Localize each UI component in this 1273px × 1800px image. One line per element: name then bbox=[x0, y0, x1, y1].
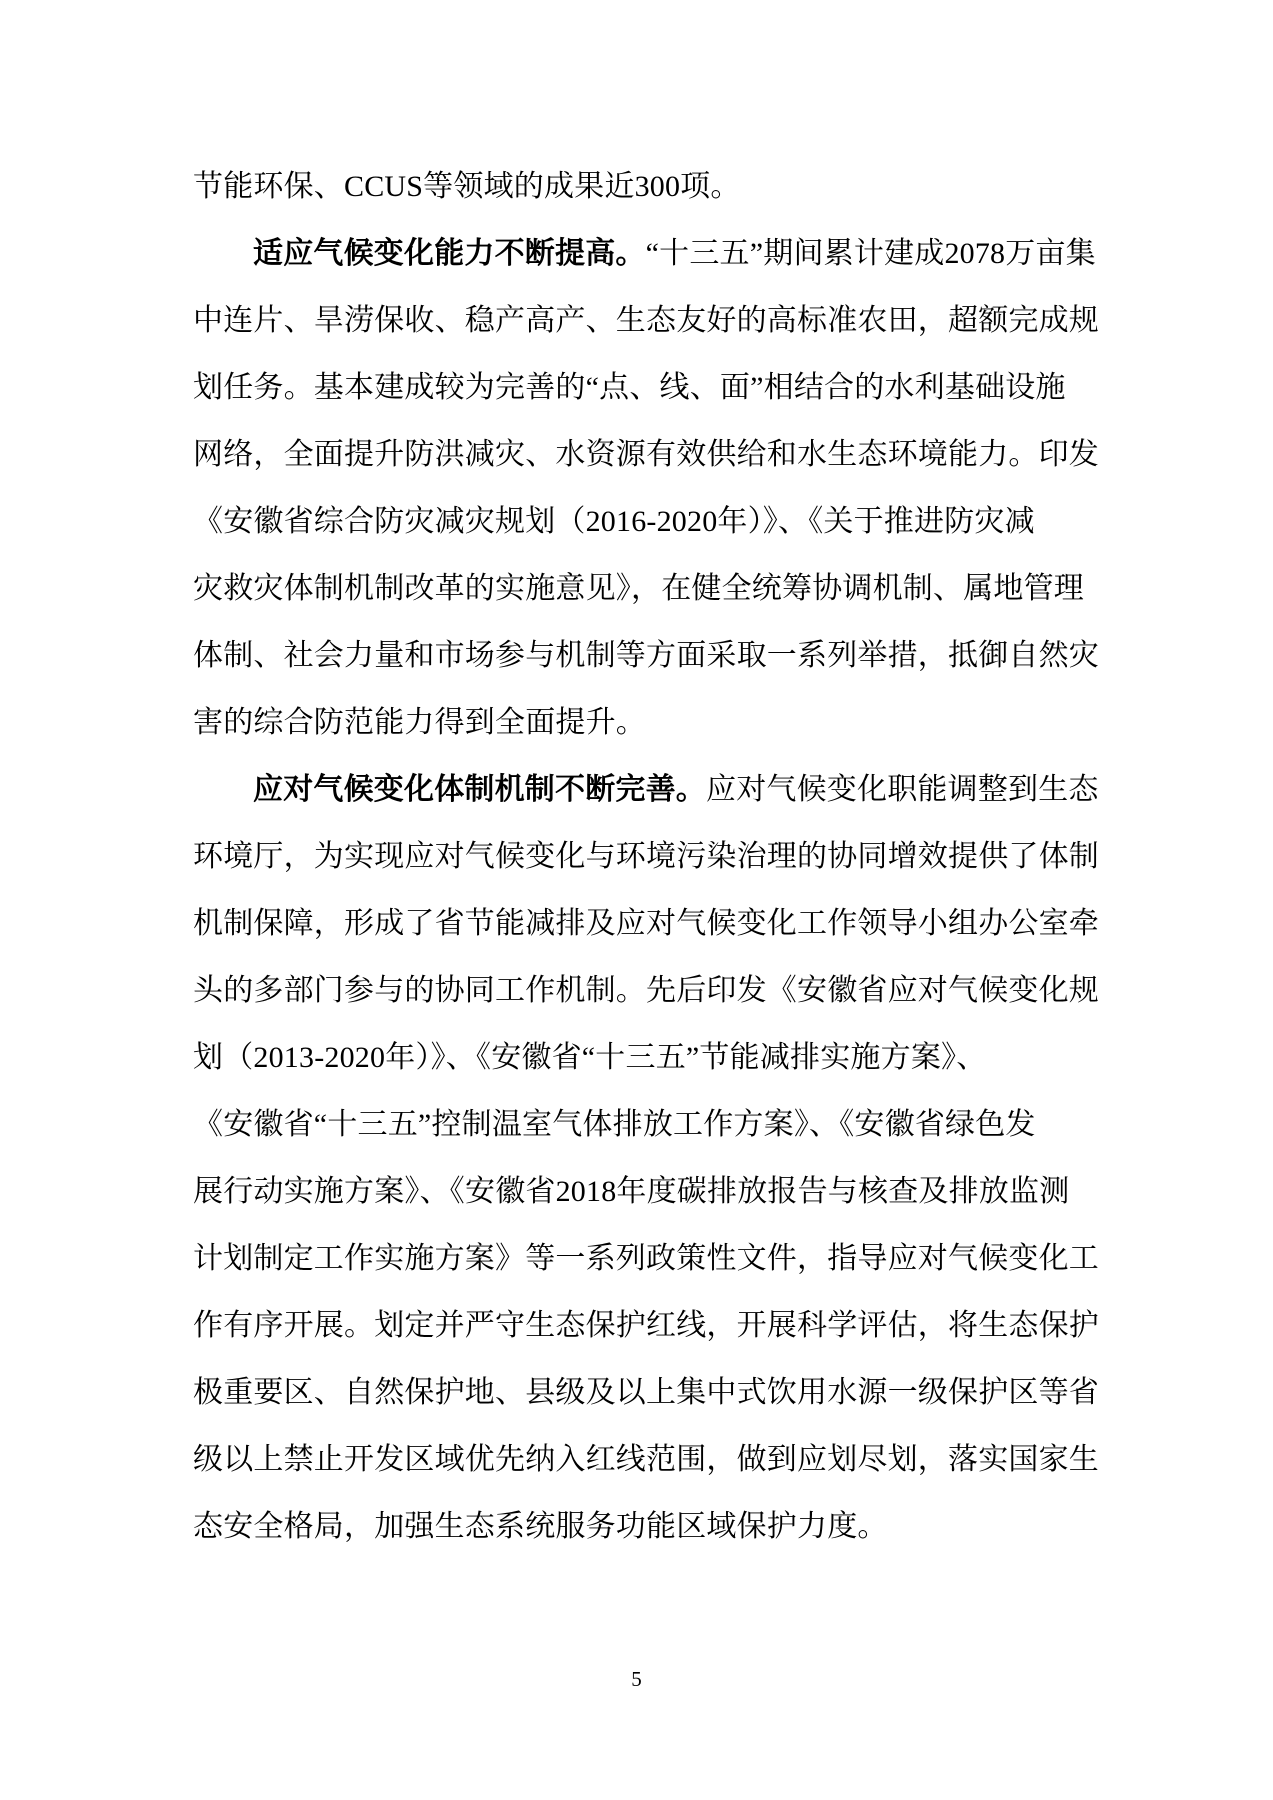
paragraph-text: 极重要区、自然保护地、县级及以上集中式饮用水源一级保护区等省 bbox=[193, 1376, 1099, 1409]
text-line: 《安徽省“十三五”控制温室气体排放工作方案》、《安徽省绿色发 bbox=[193, 1091, 1098, 1158]
text-line: 极重要区、自然保护地、县级及以上集中式饮用水源一级保护区等省 bbox=[193, 1359, 1098, 1426]
paragraph-text: 《安徽省综合防灾减灾规划（2016-2020年）》、《关于推进防灾减 bbox=[193, 505, 1035, 538]
text-line: 灾救灾体制机制改革的实施意见》，在健全统筹协调机制、属地管理 bbox=[193, 555, 1098, 622]
page-number: 5 bbox=[0, 1666, 1273, 1692]
text-line: 网络，全面提升防洪减灾、水资源有效供给和水生态环境能力。印发 bbox=[193, 421, 1098, 488]
paragraph-text: 计划制定工作实施方案》等一系列政策性文件，指导应对气候变化工 bbox=[193, 1242, 1099, 1275]
paragraph-text: 节能环保、CCUS等领域的成果近300项。 bbox=[193, 170, 741, 203]
text-line: 节能环保、CCUS等领域的成果近300项。 bbox=[193, 153, 1098, 220]
text-line: 应对气候变化体制机制不断完善。应对气候变化职能调整到生态 bbox=[193, 756, 1098, 823]
text-line: 计划制定工作实施方案》等一系列政策性文件，指导应对气候变化工 bbox=[193, 1225, 1098, 1292]
text-line: 级以上禁止开发区域优先纳入红线范围，做到应划尽划，落实国家生 bbox=[193, 1426, 1098, 1493]
text-line: 中连片、旱涝保收、稳产高产、生态友好的高标准农田，超额完成规 bbox=[193, 287, 1098, 354]
text-line: 害的综合防范能力得到全面提升。 bbox=[193, 689, 1098, 756]
paragraph-text: 展行动实施方案》、《安徽省2018年度碳排放报告与核查及排放监测 bbox=[193, 1175, 1069, 1208]
paragraph-text: 机制保障，形成了省节能减排及应对气候变化工作领导小组办公室牵 bbox=[193, 907, 1099, 940]
paragraph-text: 作有序开展。划定并严守生态保护红线，开展科学评估，将生态保护 bbox=[193, 1309, 1099, 1342]
paragraph-text: 级以上禁止开发区域优先纳入红线范围，做到应划尽划，落实国家生 bbox=[193, 1443, 1099, 1476]
document-page: 节能环保、CCUS等领域的成果近300项。适应气候变化能力不断提高。“十三五”期… bbox=[0, 0, 1273, 1800]
paragraph-text: 中连片、旱涝保收、稳产高产、生态友好的高标准农田，超额完成规 bbox=[193, 304, 1099, 337]
paragraph-text: 体制、社会力量和市场参与机制等方面采取一系列举措，抵御自然灾 bbox=[193, 639, 1099, 672]
paragraph-text: 头的多部门参与的协同工作机制。先后印发《安徽省应对气候变化规 bbox=[193, 974, 1099, 1007]
paragraph-text: 应对气候变化职能调整到生态 bbox=[706, 773, 1099, 806]
text-line: 态安全格局，加强生态系统服务功能区域保护力度。 bbox=[193, 1493, 1098, 1560]
paragraph-text: 环境厅，为实现应对气候变化与环境污染治理的协同增效提供了体制 bbox=[193, 840, 1099, 873]
paragraph-text: 《安徽省“十三五”控制温室气体排放工作方案》、《安徽省绿色发 bbox=[193, 1108, 1036, 1141]
text-line: 体制、社会力量和市场参与机制等方面采取一系列举措，抵御自然灾 bbox=[193, 622, 1098, 689]
paragraph-lead-bold: 适应气候变化能力不断提高。 bbox=[253, 237, 646, 270]
paragraph-text: 划（2013-2020年）》、《安徽省“十三五”节能减排实施方案》、 bbox=[193, 1041, 986, 1074]
text-line: 《安徽省综合防灾减灾规划（2016-2020年）》、《关于推进防灾减 bbox=[193, 488, 1098, 555]
paragraph-text: 划任务。基本建成较为完善的“点、线、面”相结合的水利基础设施 bbox=[193, 371, 1066, 404]
text-line: 头的多部门参与的协同工作机制。先后印发《安徽省应对气候变化规 bbox=[193, 957, 1098, 1024]
text-line: 划（2013-2020年）》、《安徽省“十三五”节能减排实施方案》、 bbox=[193, 1024, 1098, 1091]
text-line: 划任务。基本建成较为完善的“点、线、面”相结合的水利基础设施 bbox=[193, 354, 1098, 421]
paragraph-text: “十三五”期间累计建成2078万亩集 bbox=[646, 237, 1096, 270]
text-line: 环境厅，为实现应对气候变化与环境污染治理的协同增效提供了体制 bbox=[193, 823, 1098, 890]
text-line: 适应气候变化能力不断提高。“十三五”期间累计建成2078万亩集 bbox=[193, 220, 1098, 287]
text-line: 作有序开展。划定并严守生态保护红线，开展科学评估，将生态保护 bbox=[193, 1292, 1098, 1359]
paragraph-text: 态安全格局，加强生态系统服务功能区域保护力度。 bbox=[193, 1510, 888, 1543]
text-line: 展行动实施方案》、《安徽省2018年度碳排放报告与核查及排放监测 bbox=[193, 1158, 1098, 1225]
paragraph-text: 害的综合防范能力得到全面提升。 bbox=[193, 706, 646, 739]
paragraph-text: 网络，全面提升防洪减灾、水资源有效供给和水生态环境能力。印发 bbox=[193, 438, 1099, 471]
document-body: 节能环保、CCUS等领域的成果近300项。适应气候变化能力不断提高。“十三五”期… bbox=[193, 153, 1098, 1560]
paragraph-lead-bold: 应对气候变化体制机制不断完善。 bbox=[253, 773, 706, 806]
paragraph-text: 灾救灾体制机制改革的实施意见》，在健全统筹协调机制、属地管理 bbox=[193, 572, 1084, 605]
text-line: 机制保障，形成了省节能减排及应对气候变化工作领导小组办公室牵 bbox=[193, 890, 1098, 957]
